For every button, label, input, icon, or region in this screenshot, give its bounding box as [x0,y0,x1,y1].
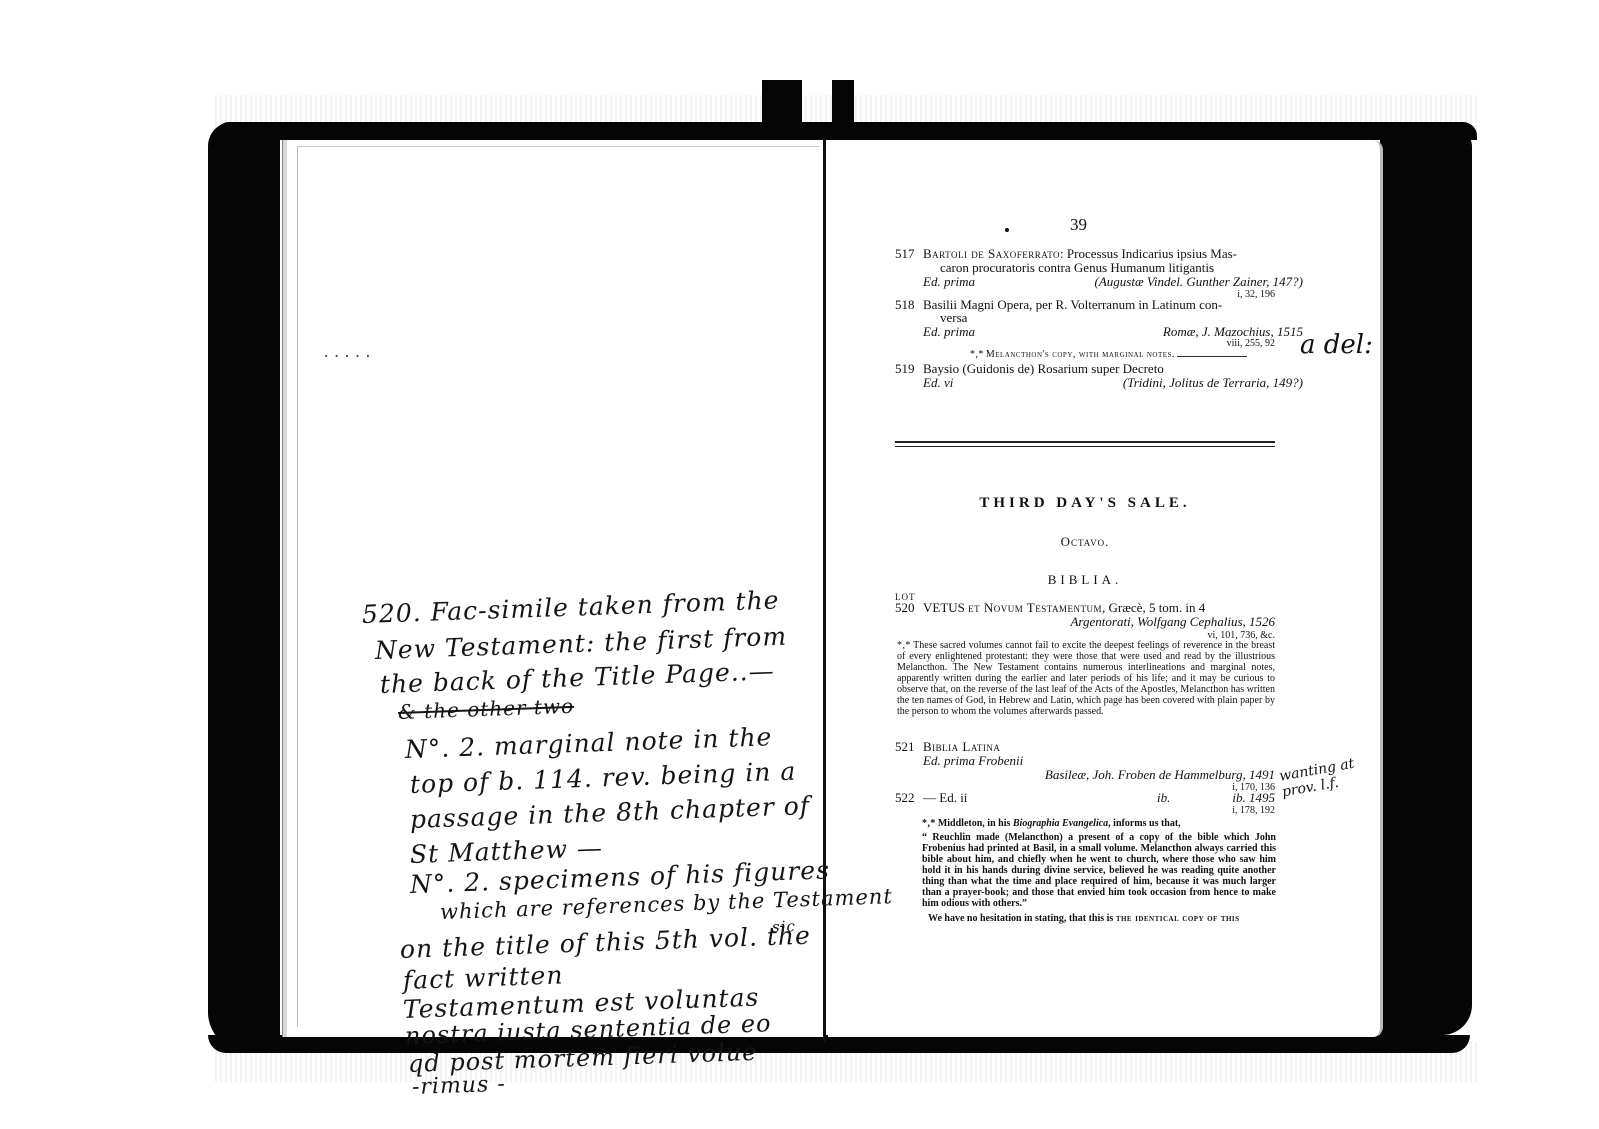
entry-imprint-mid: ib. [1157,791,1170,805]
entry-author: Bartoli de Saxoferrato [923,246,1060,261]
note-text-italic: Biographia Evangelica [1013,818,1108,829]
entry-518-line2: versa [940,311,1320,325]
entry-519-line1: 519Baysio (Guidonis de) Rosarium super D… [895,362,1275,376]
closing-text-sc: the identical copy of this [1116,913,1240,924]
entry-518-note: *‚* Melancthon's copy, with marginal not… [970,348,1350,362]
entry-edition: Ed. prima [923,274,975,289]
entry-title: Biblia Latina [923,739,1000,754]
entry-imprint: (Tridini, Jolitus de Terraria, 149?) [1123,376,1303,390]
entry-517-edition-row: Ed. prima (Augustæ Vindel. Gunther Zaine… [923,275,1303,289]
entry-title: Processus Indicarius ipsius Mas- [1067,246,1237,261]
entry-521-line1: 521Biblia Latina [895,740,1275,754]
stray-marks: ..... [322,345,374,361]
section-title: THIRD DAY'S SALE. [890,495,1280,512]
note-text: Middleton, in his [938,818,1013,829]
note-text: , informs us that, [1108,818,1181,829]
hand-line: -rimus - [412,1072,507,1100]
quotation-block: “ Reuchlin made (Melancthon) a present o… [922,832,1276,909]
entry-edition: Ed. ii [939,790,967,805]
entry-dash: — [923,790,936,805]
entry-imprint: (Augustæ Vindel. Gunther Zainer, 147?) [1095,275,1303,289]
entry-520-note: *‚* These sacred volumes cannot fail to … [897,640,1275,717]
clasp-tab-left [762,80,802,142]
category-heading: BIBLIA. [890,572,1280,588]
entry-title-sc: et Novum Testamentum [968,600,1102,615]
entry-title-caps: VETUS [923,600,965,615]
clasp-tab-right [832,80,854,142]
page-number: 39 [1070,215,1087,235]
margin-annotation: a del: [1300,330,1373,360]
book-cover-edge-bottom [208,1035,1470,1053]
lot-number: 518 [895,298,923,312]
entry-collation: i, 178, 192 [895,804,1275,818]
book-cover-edge-right [1380,130,1472,1035]
closing-line: We have no hesitation in stating, that t… [928,912,1308,926]
entry-title: Baysio (Guidonis de) Rosarium super Decr… [923,361,1164,376]
hand-correction: sic [772,917,797,936]
lot-number: 520 [895,601,923,615]
entry-519-edition-row: Ed. vi (Tridini, Jolitus de Terraria, 14… [923,376,1303,390]
closing-text: We have no hesitation in stating, that t… [928,913,1116,924]
entry-imprint: Basileæ, Joh. Froben de Hammelburg, 1491 [895,768,1275,782]
entry-522-note: *‚* Middleton, in his Biographia Evangel… [922,817,1302,831]
lot-number: 522 [895,791,923,805]
section-rule-thin [895,446,1275,447]
lot-number: 517 [895,247,923,261]
entry-522-line1: 522— Ed. ii ib. ib. 1495 [895,791,1275,805]
entry-517-line2: caron procuratoris contra Genus Humanum … [940,261,1320,275]
entry-title-tail: , Græcè, 5 tom. in 4 [1102,600,1205,615]
section-subtitle: Octavo. [890,534,1280,550]
entry-517-line1: 517Bartoli de Saxoferrato: Processus Ind… [895,247,1275,261]
note-asterism: *‚* [970,349,986,360]
lot-number: 521 [895,740,923,754]
entry-title: Basilii Magni Opera, per R. Volterranum … [923,297,1222,312]
book-cover-edge-left [208,122,280,1052]
note-asterism: *‚* [922,818,938,829]
entry-edition: Ed. prima Frobenii [923,754,1303,768]
note-rule [1177,356,1247,357]
lot-number: 519 [895,362,923,376]
entry-edition: Ed. vi [923,375,953,390]
note-text: Melancthon's copy, with marginal notes. [986,349,1175,360]
ink-dot [1005,228,1009,232]
entry-520-line1: 520VETUS et Novum Testamentum, Græcè, 5 … [895,601,1275,615]
entry-imprint: Argentorati, Wolfgang Cephalius, 1526 [895,615,1275,629]
section-rule-thick [895,441,1275,443]
entry-imprint: ib. 1495 [1232,791,1275,805]
